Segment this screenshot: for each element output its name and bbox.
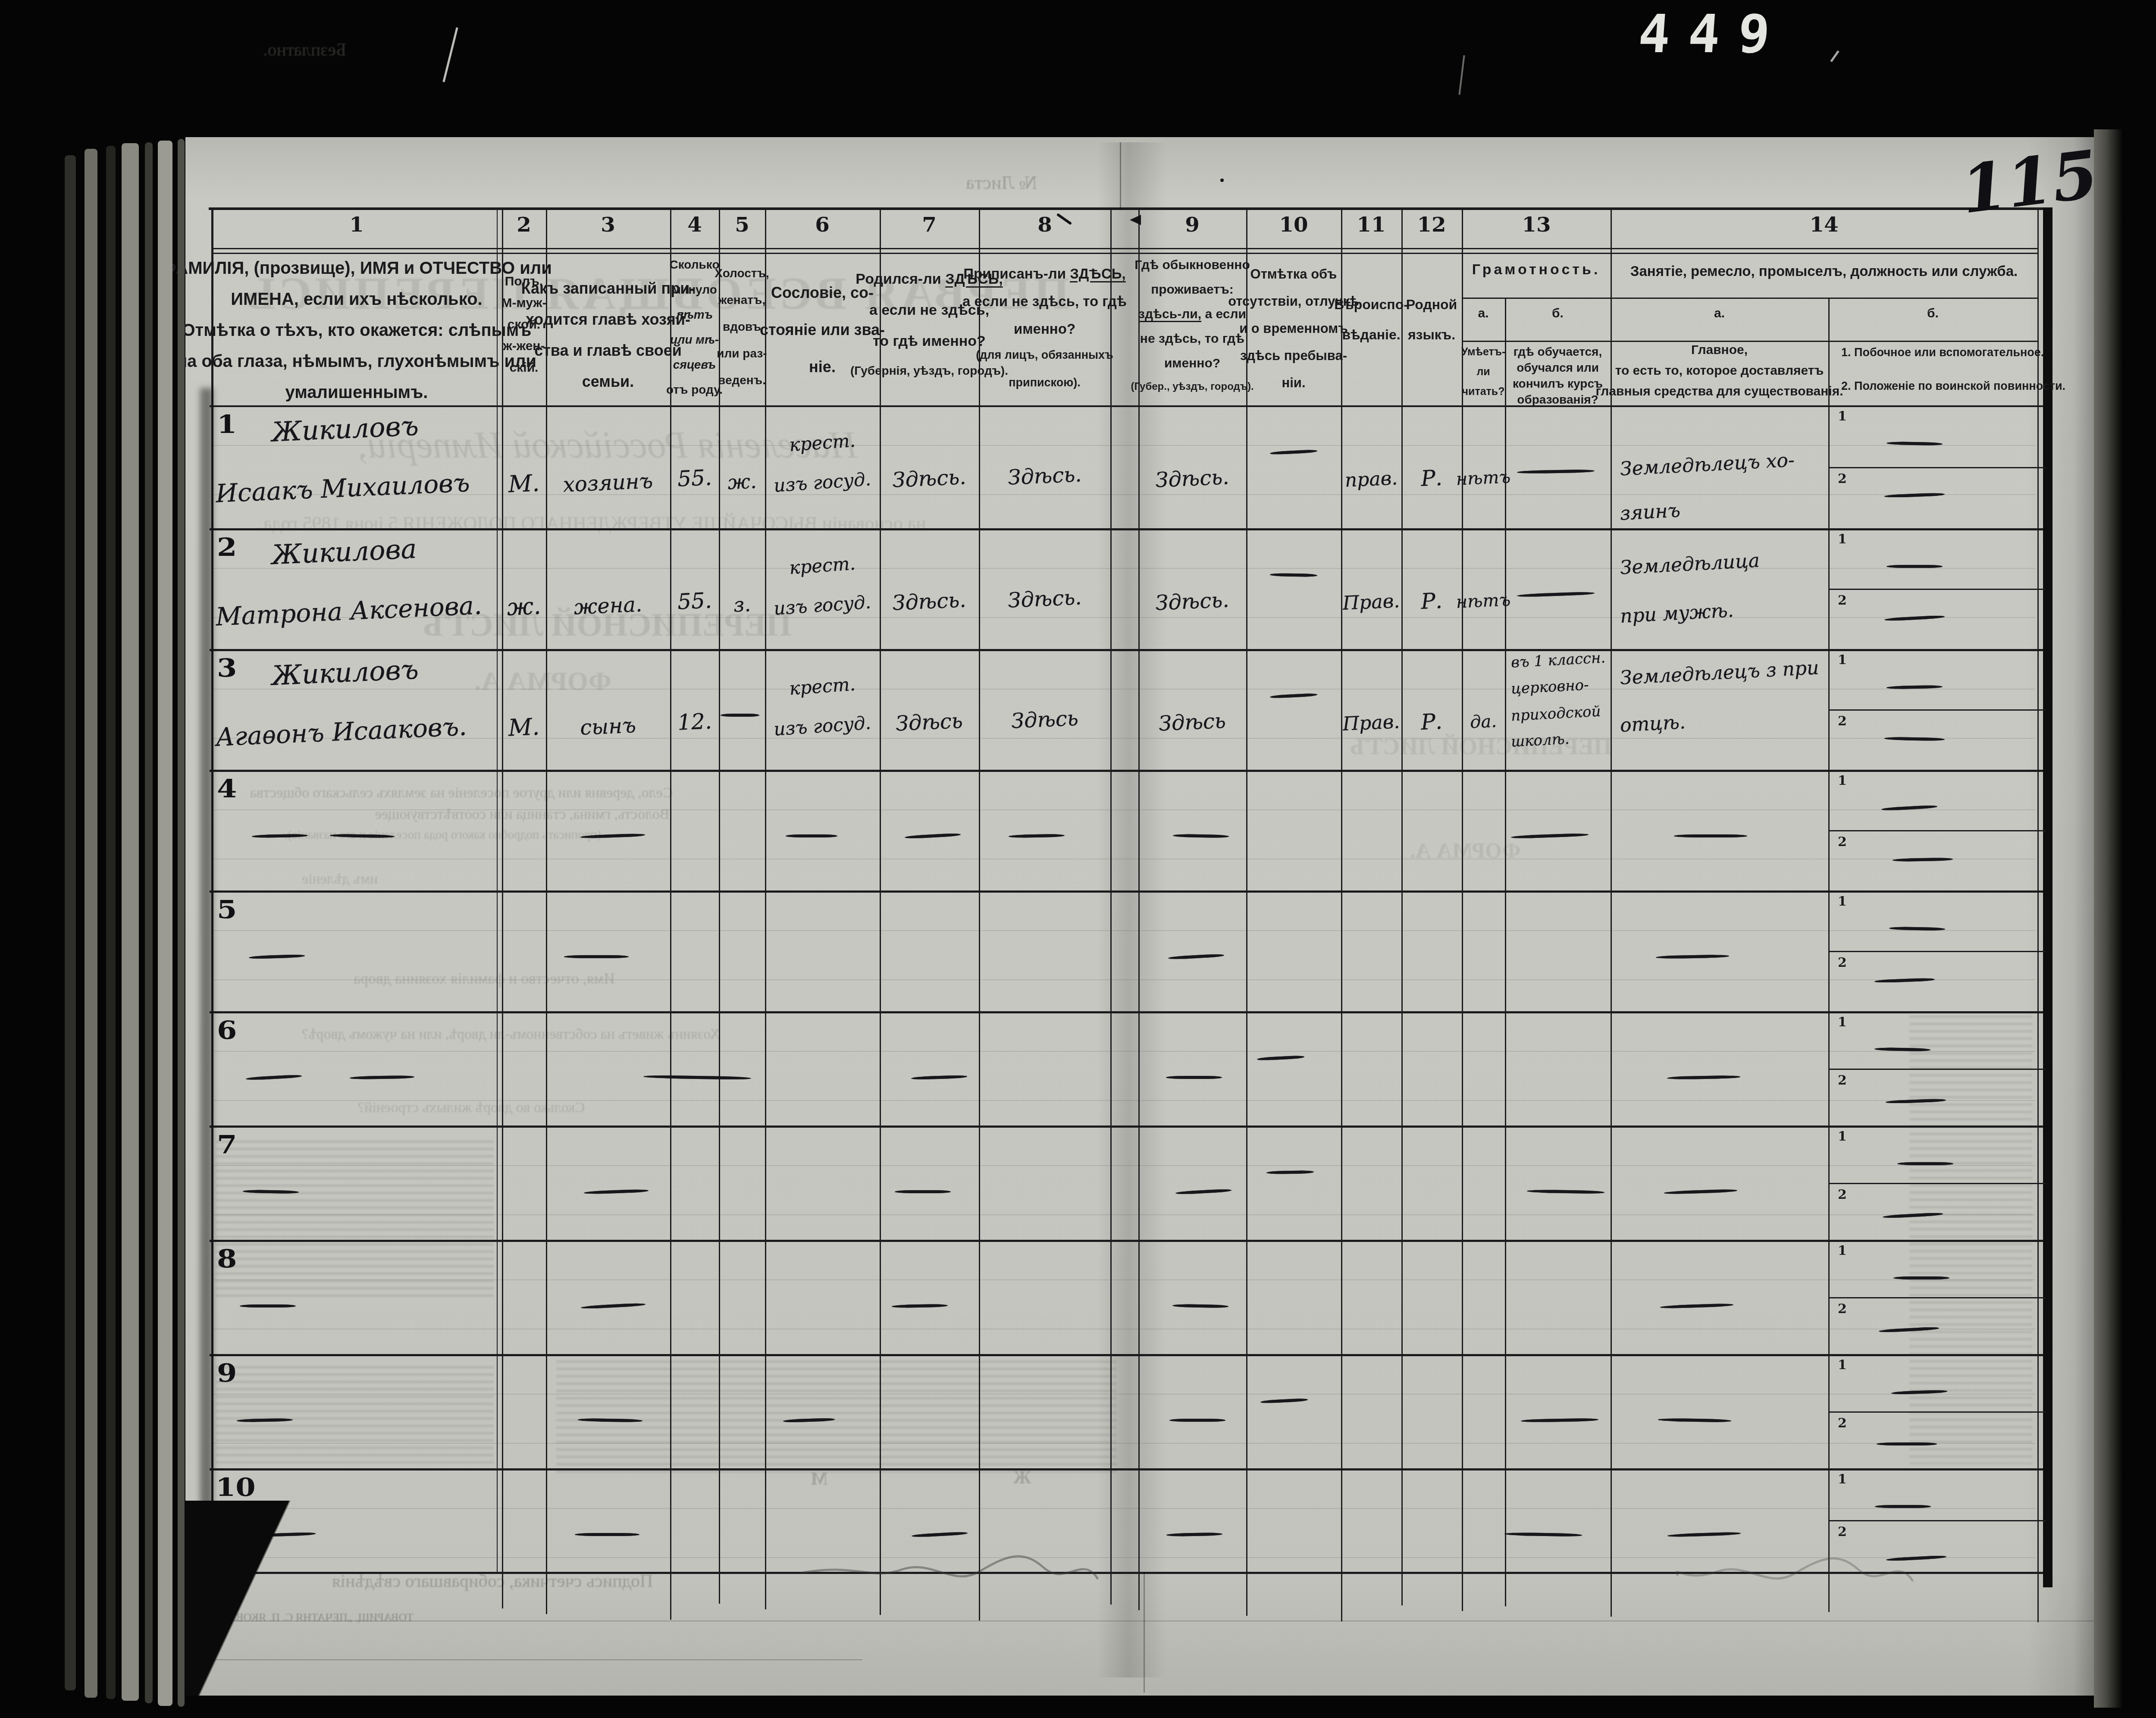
- paper-rough-edge: [2094, 129, 2124, 1708]
- book-page-edge-3: [122, 143, 139, 1701]
- col14b-sub1-label-row5: 1: [1838, 894, 1847, 909]
- row-guide-line: [213, 617, 2035, 618]
- entry-c2-row2: ж.: [506, 592, 541, 621]
- header-text-col1-line3: на оба глаза, нѣмымъ, глухонѣмымъ или: [177, 352, 536, 371]
- entry-c4-row3: 12.: [677, 709, 712, 735]
- col14b-sub2-label-row8: 2: [1838, 1301, 1847, 1317]
- header-text-col8-line0: Приписанъ-ли ЗДѢСЬ,: [963, 266, 1125, 282]
- bleedthrough-text-delenie: имъ дѣленіе: [302, 871, 378, 887]
- header-text-col3-line0: Какъ записанный при-: [521, 279, 695, 298]
- header-text-col8-line3: (для лицъ, обязанныхъ: [976, 348, 1113, 362]
- row-number-3: 3: [217, 653, 237, 683]
- col14b-sub2-label-row7: 2: [1838, 1187, 1847, 1202]
- header-text-col13a-line2: читать?: [1462, 386, 1505, 398]
- bleedthrough-text-skolko: Сколько во дворѣ жилыхъ строеній?: [358, 1100, 585, 1116]
- ditto-dash-c14b2-row9: [1877, 1442, 1937, 1445]
- bleedthrough-text-osnovanii: на основаніи ВЫСОЧАЙШЕ УТВЕРЖДЕННАГО ПОЛ…: [259, 512, 926, 534]
- entry-c8-row2: Здѣсь.: [1007, 585, 1082, 612]
- header-text-col14a-line2: главныя средства для существованія.: [1596, 384, 1843, 399]
- ditto-dash-c14b1-row8: [1893, 1276, 1949, 1279]
- ditto-dash-c14b1-row2: [1887, 565, 1943, 568]
- binding-crease-bottom: [1144, 1572, 1145, 1693]
- row-divider-8: [210, 1354, 2046, 1356]
- col14b-subdivider-row3: [1828, 709, 2046, 711]
- row-number-10: 10: [216, 1473, 256, 1502]
- header-text-col4-line2: лѣтъ: [676, 308, 713, 322]
- group-header-line: [1462, 298, 2037, 299]
- entry-c11-row2: Прав.: [1342, 590, 1400, 614]
- entry-c9-row2: Здѣсь.: [1155, 588, 1229, 615]
- bleedthrough-text-khozyain: Хозяинъ живетъ на собственномъ-ли дворѣ,…: [302, 1026, 721, 1043]
- header-text-col14a-line1: то есть то, которое доставляетъ: [1615, 364, 1824, 378]
- bleedthrough-text-podpis: Подпись счетчика, собиравшаго свѣдѣнія: [332, 1571, 653, 1592]
- below-table-line-3: [670, 1572, 671, 1620]
- column-line-3: [670, 209, 671, 1572]
- column-line-15: [2037, 209, 2039, 1572]
- col14b-sub2-label-row1: 2: [1838, 471, 1847, 486]
- header-text-col4-line3: или мѣ-: [670, 333, 719, 347]
- header-text-col6-line1: стояніе или зва-: [760, 321, 885, 339]
- table-top-border: [209, 207, 2053, 210]
- header-text-col9-line2: здѣсь-ли, а если: [1138, 307, 1246, 322]
- row-divider-9: [210, 1468, 2046, 1470]
- col14b-sub2-label-row9: 2: [1838, 1416, 1847, 1431]
- row-guide-line: [213, 1508, 2035, 1509]
- row-number-2: 2: [217, 533, 237, 562]
- entry-c11-row1: прав.: [1344, 467, 1398, 491]
- row-divider-3: [210, 770, 2046, 772]
- entry-c12-row2: Р.: [1420, 588, 1443, 614]
- entry-c3-row2: жена.: [573, 593, 643, 620]
- column-line-14ab: [1828, 298, 1830, 1572]
- header-text-col5-line0: Холостъ,: [714, 266, 769, 280]
- entry-c3-row3: сынъ: [580, 713, 636, 740]
- header-text-col13a-line0: Умѣетъ-: [1461, 346, 1506, 358]
- bleedthrough-paragraph-0: [216, 1141, 494, 1298]
- column-number-8: 8: [1037, 213, 1052, 236]
- col14b-sub1-label-row3: 1: [1838, 652, 1847, 668]
- header-text-col6-line2: ніе.: [809, 358, 836, 376]
- bleedthrough-paragraph-2: [556, 1361, 1117, 1477]
- header-text-col13a-line1: ли: [1476, 366, 1490, 378]
- column-number-9: 9: [1185, 213, 1200, 236]
- row-guide-line: [213, 1443, 2035, 1444]
- column-line-10: [1246, 209, 1247, 1572]
- row-guide-line: [213, 1165, 2035, 1166]
- row-guide-line: [213, 1214, 2035, 1215]
- header-text-col12-line1: языкъ.: [1408, 327, 1455, 343]
- column-line-14: [1611, 209, 1612, 1572]
- header-text-col4-line5: отъ роду.: [666, 383, 723, 397]
- header-text-col5-line1: женатъ,: [718, 293, 765, 307]
- header-text-col10-line0: Отмѣтка объ: [1250, 266, 1337, 282]
- header-text-col11-line1: вѣданіе.: [1342, 327, 1400, 343]
- column-number-7: 7: [922, 213, 937, 236]
- column-number-14: 14: [1809, 213, 1838, 236]
- below-table-line-9: [1138, 1572, 1140, 1610]
- group-subheader-line: [1462, 341, 2037, 342]
- bleedthrough-text-no_lista: № Листа: [966, 172, 1037, 194]
- header-text-col10-line2: и о временномъ: [1239, 321, 1348, 336]
- col14b-subdivider-row1: [1828, 467, 2046, 468]
- header-text-col5-line2: вдовъ: [723, 320, 761, 334]
- book-page-edge-2: [106, 146, 116, 1699]
- header-text-col4-line4: сяцевъ: [673, 358, 716, 372]
- header-text-col10-line4: ніи.: [1282, 375, 1305, 391]
- col14b-sub1-label-row4: 1: [1838, 773, 1847, 788]
- header-double-line-a: [211, 248, 2037, 249]
- bleedthrough-text-selo: Село, деревня или другое поселеніе на зе…: [250, 785, 673, 801]
- col14b-sub2-label-row4: 2: [1838, 834, 1847, 850]
- column-number-11: 11: [1357, 213, 1385, 236]
- header-text-col8-line2: именно?: [1014, 321, 1075, 337]
- header-text-col1-line1: ИМЕНА, если ихъ нѣсколько.: [231, 290, 482, 309]
- bleedthrough-text-perepisnoy2: ПЕРЕПИСНОЙ ЛИСТЪ: [1350, 733, 1612, 760]
- header-sublabel-col14a: а.: [1714, 306, 1725, 321]
- header-text-col2-line4: скій.: [510, 361, 539, 375]
- row-guide-line: [213, 809, 2035, 810]
- entry-c7-row2: Здѣсь.: [892, 588, 966, 615]
- col14b-sub1-label-row2: 1: [1838, 532, 1847, 547]
- ditto-dash-c6-row4: [786, 834, 837, 837]
- below-table-line-16: [1505, 1572, 1506, 1606]
- below-table-line-13: [1462, 1572, 1463, 1611]
- pen-dot: [1220, 179, 1224, 182]
- ditto-dash-c14a-row4: [1674, 834, 1747, 837]
- row-number-7: 7: [217, 1130, 237, 1159]
- header-text-col3-line2: ства и главѣ своей: [534, 342, 682, 360]
- column-line-c1-double: [497, 209, 498, 1572]
- header-text-col12-line0: Родной: [1406, 297, 1457, 313]
- row-guide-line: [213, 859, 2035, 859]
- row-divider-7: [210, 1240, 2046, 1242]
- column-number-13: 13: [1522, 213, 1551, 236]
- below-table-line-8: [1110, 1572, 1112, 1605]
- header-title-col14: Занятіе, ремесло, промыселъ, должность и…: [1630, 263, 2018, 279]
- below-table-line-10: [1246, 1572, 1247, 1616]
- entry-c13a-row2: нѣтъ: [1456, 590, 1511, 612]
- entry-c4-row2: 55.: [677, 588, 712, 614]
- column-number-1: 1: [349, 213, 364, 236]
- ditto-dash-c9-row9: [1169, 1419, 1225, 1422]
- row-number-6: 6: [217, 1016, 237, 1045]
- enumerator-signature-ghost: [798, 1546, 1100, 1600]
- row-divider-1: [210, 528, 2046, 530]
- header-text-col8-line1: а если не здѣсь, то гдѣ: [962, 293, 1127, 310]
- entry-surname-row1: Жикиловъ: [271, 410, 420, 448]
- book-page-edge-0: [65, 155, 76, 1690]
- entry-c11-row3: Прав.: [1342, 711, 1400, 735]
- col14b-subdivider-row8: [1828, 1297, 2046, 1298]
- header-text-col13b-line1: обучался или: [1517, 361, 1599, 375]
- header-text-col14b-line0: 1. Побочное или вспомогательное.: [1841, 346, 2044, 359]
- column-line-2: [546, 209, 547, 1572]
- below-table-line-5: [765, 1572, 766, 1609]
- col14b-sub2-label-row6: 2: [1838, 1073, 1847, 1088]
- header-title-col13: Грамотность.: [1472, 261, 1601, 278]
- column-line-11: [1341, 209, 1342, 1572]
- row-guide-line: [213, 1394, 2035, 1395]
- row-number-1: 1: [217, 410, 237, 439]
- row-guide-line: [213, 1329, 2035, 1329]
- header-text-col9-line0: Гдѣ обыкновенно: [1134, 258, 1250, 273]
- col14b-sub1-label-row10: 1: [1838, 1472, 1847, 1487]
- header-text-col4-line1: минуло: [672, 283, 717, 297]
- column-number-10: 10: [1279, 213, 1308, 236]
- ditto-dash-c7-row7: [895, 1190, 951, 1193]
- column-line-6: [880, 209, 881, 1572]
- pen-arrow-left-icon: [1130, 215, 1141, 225]
- film-scratch: [1830, 50, 1839, 62]
- col14b-sub1-label-row9: 1: [1838, 1357, 1847, 1373]
- binding-crease-top: [1120, 142, 1121, 209]
- entry-c13a-row3: да.: [1470, 712, 1497, 733]
- ditto-dash-c3-row10: [575, 1533, 639, 1536]
- row-number-8: 8: [217, 1244, 237, 1273]
- column-line-13: [1462, 209, 1463, 1572]
- ditto-dash-c5-row3: [721, 714, 759, 717]
- entry-c14a-row1-line1: зяинъ: [1620, 499, 1681, 524]
- header-text-col8-line4: припискою).: [1009, 376, 1081, 389]
- column-number-2: 2: [517, 213, 531, 236]
- book-page-edge-4: [145, 142, 153, 1703]
- row-guide-line: [213, 1100, 2035, 1101]
- column-line-5: [765, 209, 766, 1572]
- ditto-dash-c14b1-row10: [1875, 1505, 1931, 1508]
- bleedthrough-paragraph-1: [216, 1366, 494, 1463]
- bleedthrough-text-forma1: ФОРМА А.: [474, 666, 611, 697]
- row-divider-4: [210, 890, 2046, 893]
- header-text-col13b-line3: образованія?: [1517, 393, 1598, 407]
- row-guide-line: [213, 445, 2035, 446]
- entry-c13b-row3-line3: школѣ.: [1510, 730, 1570, 750]
- book-page-edge-1: [85, 149, 97, 1698]
- entry-c12-row3: Р.: [1420, 709, 1443, 735]
- entry-c8-row3: Здѣсь: [1011, 706, 1079, 734]
- col14b-subdivider-row2: [1828, 589, 2046, 590]
- entry-c9-row3: Здѣсь: [1158, 709, 1226, 736]
- entry-c3-row1: хозяинъ: [563, 469, 654, 497]
- ditto-dash-c3-row5: [564, 955, 629, 958]
- header-text-col9-line3: не здѣсь, то гдѣ: [1140, 332, 1244, 346]
- column-number-3: 3: [601, 213, 615, 236]
- entry-c5-row2: з.: [733, 593, 751, 617]
- header-sublabel-col14b: б.: [1927, 306, 1939, 321]
- row-divider-5: [210, 1011, 2046, 1013]
- header-double-line-b: [211, 253, 2037, 254]
- entry-c9-row1: Здѣсь.: [1155, 465, 1229, 492]
- header-text-col7-line2: то гдѣ именно?: [873, 333, 986, 350]
- bleedthrough-text-bezplatno: Безплатно.: [263, 40, 346, 60]
- col14b-sub2-label-row3: 2: [1838, 714, 1847, 729]
- col14b-sub1-label-row6: 1: [1838, 1015, 1847, 1030]
- entry-c5-row1: ж.: [727, 470, 757, 494]
- header-text-col3-line3: семьи.: [582, 373, 634, 391]
- header-text-col9-line4: именно?: [1164, 356, 1220, 371]
- header-text-col9-line1: проживаетъ:: [1151, 282, 1234, 297]
- column-line-12: [1401, 209, 1403, 1572]
- entry-c14a-row3-line1: отцѣ.: [1620, 711, 1686, 737]
- row-number-4: 4: [217, 774, 237, 803]
- header-text-col9-line5: (Губер., уѣздъ, городъ).: [1131, 381, 1253, 393]
- film-frame-number: 449: [1636, 3, 1790, 65]
- col14b-sub1-label-row8: 1: [1838, 1243, 1847, 1258]
- below-table-line-15: [2037, 1572, 2039, 1622]
- entry-surname-row2: Жикилова: [271, 533, 417, 571]
- header-text-col5-line4: веденъ.: [718, 373, 766, 387]
- column-line-13ab: [1505, 298, 1506, 1572]
- entry-c7-row3: Здѣсь: [895, 709, 963, 736]
- entry-c12-row1: Р.: [1420, 465, 1443, 491]
- header-text-col3-line1: ходится главѣ хозяй-: [526, 310, 690, 329]
- row-number-9: 9: [217, 1358, 237, 1388]
- entry-c7-row1: Здѣсь.: [892, 465, 966, 492]
- header-text-col7-line3: (Губернія, уѣздъ, городъ).: [850, 364, 1008, 378]
- column-number-6: 6: [815, 213, 830, 236]
- row-guide-line: [213, 738, 2035, 739]
- book-page-edge-6: [178, 139, 185, 1707]
- ditto-dash-c14b1-row7: [1897, 1162, 1953, 1165]
- table-right-heavy-edge: [2043, 207, 2053, 1587]
- row-guide-line: [213, 1051, 2035, 1052]
- column-line-7: [979, 209, 980, 1572]
- col14b-subdivider-row9: [1828, 1411, 2046, 1413]
- header-text-col4-line0: Сколько: [669, 258, 719, 272]
- row-guide-line: [213, 568, 2035, 569]
- column-number-4: 4: [687, 213, 702, 236]
- bleedthrough-text-imya: Имя, отчество и фамилія хозяина двора: [354, 969, 615, 988]
- page-corner-fold: [185, 1501, 319, 1696]
- film-scratch: [442, 27, 458, 82]
- ditto-dash-c1a-row8: [240, 1304, 296, 1307]
- header-text-col13b-line0: гдѣ обучается,: [1514, 345, 1602, 359]
- column-line-9: [1138, 209, 1140, 1572]
- entry-c8-row1: Здѣсь.: [1007, 462, 1082, 489]
- column-line-8: [1110, 209, 1112, 1572]
- header-text-col13b-line2: кончилъ курсъ: [1513, 377, 1603, 391]
- header-text-col14b-line1: 2. Положеніе по воинской повинности.: [1841, 379, 2065, 393]
- ditto-dash-c9-row6: [1166, 1076, 1222, 1079]
- below-table-line-12: [1401, 1572, 1403, 1605]
- header-text-col1-line2: Отмѣтка о тѣхъ, кто окажется: слѣпымъ: [182, 321, 531, 340]
- column-line-4: [719, 209, 720, 1572]
- col14b-sub1-label-row1: 1: [1838, 409, 1847, 424]
- microfilm-scan: 449 Безплатно.№ ЛистаПЕРВАЯ ВСЕОБЩАЯ ПЕР…: [0, 0, 2156, 1718]
- entry-c2-row1: М.: [508, 469, 540, 498]
- row-guide-line: [213, 930, 2035, 931]
- left-edge-ink-smear: [200, 388, 213, 1574]
- entry-c13a-row1: нѣтъ: [1456, 467, 1511, 489]
- row-divider-6: [210, 1125, 2046, 1128]
- paper-fold-line: [190, 1621, 2094, 1621]
- entry-surname-row3: Жикиловъ: [271, 654, 420, 692]
- col14b-sub2-label-row5: 2: [1838, 955, 1847, 970]
- row-divider-2: [210, 649, 2046, 651]
- column-number-5: 5: [735, 213, 749, 236]
- col14b-subdivider-row7: [1828, 1183, 2046, 1184]
- header-text-col14a-line0: Главное,: [1691, 343, 1748, 357]
- below-table-line-1: [502, 1572, 503, 1608]
- header-sublabel-col13b: б.: [1552, 306, 1564, 321]
- col14b-sub2-label-row10: 2: [1838, 1524, 1847, 1539]
- bleedthrough-text-volost: Волость, гмина, станица или соотвѣтствую…: [375, 806, 669, 823]
- entry-c2-row3: М.: [508, 713, 540, 741]
- row-number-5: 5: [217, 895, 237, 924]
- header-sublabel-col13a: а.: [1478, 306, 1489, 321]
- header-text-col11-line0: Вѣроиспо-: [1334, 297, 1408, 313]
- below-table-line-14: [1611, 1572, 1612, 1617]
- below-table-line-4: [719, 1572, 720, 1604]
- header-text-col10-line3: здѣсь пребыва-: [1240, 348, 1347, 364]
- row-divider-0: [210, 405, 2046, 407]
- col14b-subdivider-row10: [1828, 1520, 2046, 1521]
- header-text-col2-line1: М-муж-: [501, 296, 546, 310]
- below-table-line-2: [546, 1572, 547, 1614]
- col14b-subdivider-row5: [1828, 951, 2046, 952]
- row-guide-line: [213, 689, 2035, 690]
- below-table-line-11: [1341, 1572, 1342, 1621]
- col14b-sub2-label-row2: 2: [1838, 593, 1847, 608]
- header-text-col5-line3: или раз-: [717, 347, 767, 361]
- entry-c4-row1: 55.: [677, 465, 712, 491]
- row-guide-line: [213, 979, 2035, 980]
- signature-ghost-right: [1673, 1548, 1915, 1602]
- header-text-col1-line0: ФАМИЛІЯ, (прозвище), ИМЯ и ОТЧЕСТВО или: [161, 259, 552, 278]
- header-text-col1-line4: умалишеннымъ.: [285, 383, 428, 402]
- column-line-1: [502, 209, 503, 1572]
- column-number-12: 12: [1417, 213, 1446, 236]
- row-guide-line: [213, 1279, 2035, 1280]
- row-guide-line: [213, 494, 2035, 495]
- col14b-subdivider-row4: [1828, 830, 2046, 831]
- col14b-sub1-label-row7: 1: [1838, 1129, 1847, 1144]
- col14b-subdivider-row6: [1828, 1069, 2046, 1070]
- film-scratch: [1458, 55, 1465, 95]
- book-page-edge-5: [158, 141, 172, 1706]
